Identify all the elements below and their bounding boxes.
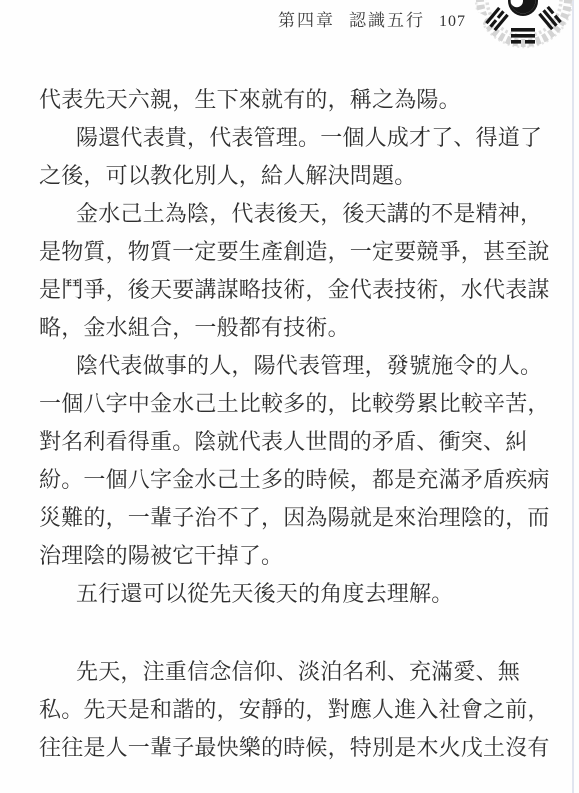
text-line: 金水己土為陰，代表後天，後天講的不是精神，	[39, 195, 551, 233]
text-line: 對名利看得重。陰就代表人世間的矛盾、衝突、糾	[39, 423, 551, 461]
book-page: 第四章 認識五行 107	[0, 0, 579, 793]
text-line: 五行還可以從先天後天的角度去理解。	[39, 575, 551, 613]
text-line: 陽還代表貴，代表管理。一個人成才了、得道了	[39, 119, 551, 157]
text-line: 私。先天是和諧的，安靜的，對應人進入社會之前，	[39, 691, 551, 729]
text-line: 先天，注重信念信仰、淡泊名利、充滿愛、無	[39, 653, 551, 691]
text-line: 陰代表做事的人，陽代表管理，發號施令的人。	[39, 347, 551, 385]
text-line: 是鬥爭，後天要講謀略技術，金代表技術，水代表謀	[39, 271, 551, 309]
chapter-label: 第四章	[278, 6, 335, 31]
text-line: 之後，可以教化別人，給人解決問題。	[39, 157, 551, 195]
text-line: 是物質，物質一定要生產創造，一定要競爭，甚至說	[39, 233, 551, 271]
page-edge-line	[572, 0, 574, 793]
text-line: 治理陰的陽被它干掉了。	[39, 537, 551, 575]
text-line: 紛。一個八字金水己土多的時候，都是充滿矛盾疾病	[39, 461, 551, 499]
section-title: 認識五行	[349, 6, 425, 31]
taiji-icon	[508, 0, 538, 16]
paragraph-gap	[39, 613, 551, 653]
text-line: 災難的，一輩子治不了，因為陽就是來治理陰的，而	[39, 499, 551, 537]
text-line: 略，金水組合，一般都有技術。	[39, 309, 551, 347]
text-line: 往往是人一輩子最快樂的時候，特別是木火戊土沒有	[39, 729, 551, 767]
text-line: 代表先天六親，生下來就有的，稱之為陽。	[39, 81, 551, 119]
page-number: 107	[439, 13, 466, 31]
running-head: 第四章 認識五行 107	[278, 6, 466, 31]
text-line: 一個八字中金水己土比較多的，比較勞累比較辛苦，	[39, 385, 551, 423]
bagua-emblem	[471, 0, 577, 50]
body-text: 代表先天六親，生下來就有的，稱之為陽。 陽還代表貴，代表管理。一個人成才了、得道…	[39, 81, 551, 767]
